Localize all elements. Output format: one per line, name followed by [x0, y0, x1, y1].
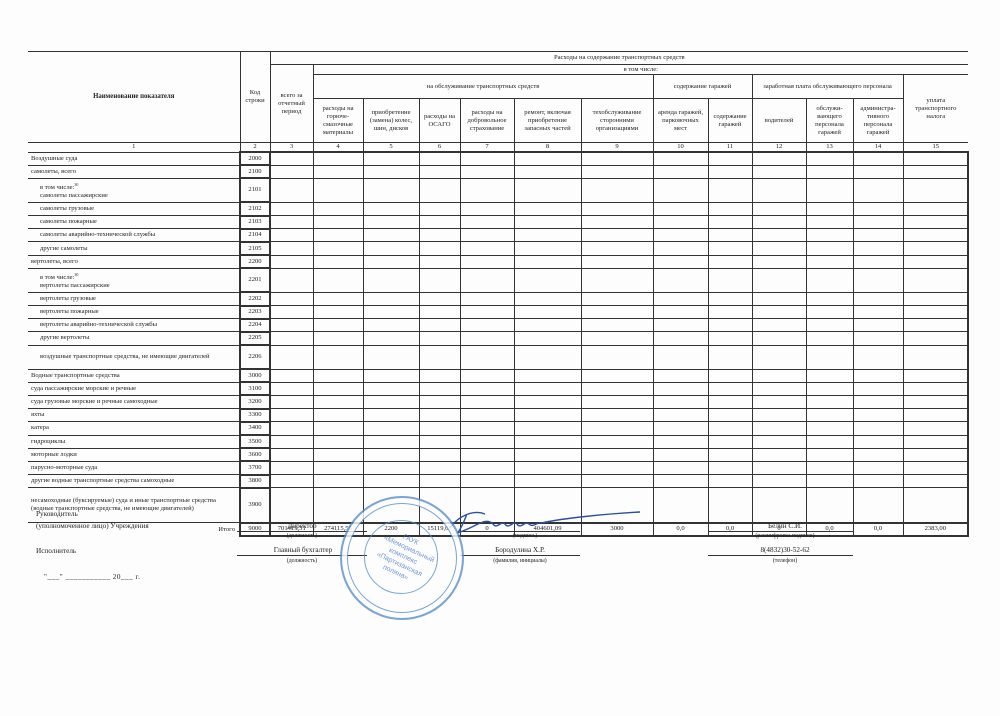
row-label: моторные лодки: [28, 448, 240, 461]
column-numbers-row: 123456789101112131415: [28, 143, 968, 153]
row-code: 2101: [240, 178, 270, 202]
value-cell: [313, 216, 363, 229]
value-cell: [581, 165, 653, 178]
row-label: самолеты, всего: [28, 165, 240, 178]
value-cell: [853, 332, 903, 345]
value-cell: [653, 292, 708, 305]
value-cell: [419, 395, 460, 408]
value-cell: [806, 255, 853, 268]
value-cell: [853, 202, 903, 215]
value-cell: [581, 448, 653, 461]
value-cell: [460, 409, 514, 422]
head-name-caption: (расшифровка подписи): [730, 533, 840, 539]
value-cell: [853, 382, 903, 395]
value-cell: [460, 229, 514, 242]
value-cell: [806, 461, 853, 474]
row-label-text: самолеты грузовые: [40, 205, 94, 212]
value-cell: [313, 409, 363, 422]
value-cell: [853, 319, 903, 332]
value-cell: [853, 306, 903, 319]
value-cell: [313, 152, 363, 165]
value-cell: [708, 292, 752, 305]
value-cell: [653, 216, 708, 229]
value-cell: [419, 332, 460, 345]
value-cell: [514, 229, 581, 242]
column-number: 9: [581, 143, 653, 153]
value-cell: [752, 255, 806, 268]
value-cell: [708, 382, 752, 395]
value-cell: [653, 255, 708, 268]
value-cell: [752, 435, 806, 448]
column-number: 2: [240, 143, 270, 153]
value-cell: [806, 216, 853, 229]
value-cell: [313, 255, 363, 268]
value-cell: [270, 461, 313, 474]
value-cell: [853, 448, 903, 461]
head-name: Белин С.И.: [730, 522, 840, 530]
value-cell: [806, 292, 853, 305]
value-cell: [903, 409, 968, 422]
value-cell: [581, 422, 653, 435]
value-cell: [419, 165, 460, 178]
value-cell: [752, 165, 806, 178]
row-code: 3400: [240, 422, 270, 435]
row-code: 3700: [240, 461, 270, 474]
row-label: в том числе:30вертолеты пассажирские: [28, 268, 240, 292]
value-cell: [363, 332, 419, 345]
row-label-text: суда грузовые морские и речные самоходны…: [31, 398, 158, 405]
header-name: Наименование показателя: [28, 52, 240, 143]
value-cell: [460, 178, 514, 202]
table-row: Воздушные суда2000: [28, 152, 968, 165]
table-row: другие водные транспортные средства само…: [28, 475, 968, 488]
value-cell: [419, 202, 460, 215]
row-code: 2201: [240, 268, 270, 292]
value-cell: [313, 332, 363, 345]
value-cell: [514, 475, 581, 488]
value-cell: [806, 475, 853, 488]
value-cell: [752, 332, 806, 345]
row-label: самолеты пожарные: [28, 216, 240, 229]
value-cell: [460, 165, 514, 178]
value-cell: [363, 475, 419, 488]
value-cell: [806, 345, 853, 369]
row-code: 2200: [240, 255, 270, 268]
row-label-text: вертолеты аварийно-технической службы: [40, 321, 157, 328]
value-cell: [460, 152, 514, 165]
value-cell: [419, 435, 460, 448]
header-tax: уплата транспортного налога: [903, 75, 968, 143]
row-label: Водные транспортные средства: [28, 369, 240, 382]
header-garage-group: содержание гаражей: [653, 75, 752, 99]
value-cell: [653, 268, 708, 292]
row-label-text: гидроциклы: [31, 438, 65, 445]
value-cell: [708, 319, 752, 332]
value-cell: [708, 475, 752, 488]
row-label-text: Водные транспортные средства: [31, 372, 120, 379]
executor-name: Бородулина Х.Р.: [470, 546, 570, 554]
value-cell: [460, 319, 514, 332]
row-label-text: самолеты аварийно-технической службы: [40, 231, 155, 238]
value-cell: [419, 242, 460, 255]
value-cell: [903, 306, 968, 319]
value-cell: [853, 409, 903, 422]
value-cell: [903, 345, 968, 369]
value-cell: [460, 202, 514, 215]
value-cell: [270, 435, 313, 448]
value-cell: [903, 178, 968, 202]
value-cell: [853, 292, 903, 305]
header-including: в том числе:: [313, 65, 968, 75]
row-label-text: самолеты пожарные: [40, 218, 97, 225]
row-label-text: Воздушные суда: [31, 155, 77, 162]
value-cell: [514, 369, 581, 382]
value-cell: [419, 292, 460, 305]
header-admin-staff: администра-тивного персонала гаражей: [853, 99, 903, 143]
value-cell: [514, 306, 581, 319]
value-cell: [806, 165, 853, 178]
value-cell: [653, 382, 708, 395]
value-cell: [363, 448, 419, 461]
value-cell: [460, 255, 514, 268]
date-line: "___" ___________ 20___ г.: [44, 573, 140, 581]
executor-name-caption: (фамилия, инициалы): [470, 558, 570, 564]
table-row: катера3400: [28, 422, 968, 435]
executor-phone-caption: (телефон): [730, 558, 840, 564]
header-garage-staff: обслужи-вающего персонала гаражей: [806, 99, 853, 143]
value-cell: [653, 409, 708, 422]
value-cell: [460, 332, 514, 345]
head-position-caption: (должность): [262, 533, 342, 539]
row-label: другие водные транспортные средства само…: [28, 475, 240, 488]
row-label: вертолеты, всего: [28, 255, 240, 268]
value-cell: [752, 229, 806, 242]
value-cell: [270, 165, 313, 178]
row-code: 2103: [240, 216, 270, 229]
head-label-sub: (уполномоченное лицо) Учреждения: [36, 522, 149, 530]
value-cell: [363, 229, 419, 242]
row-label: суда грузовые морские и речные самоходны…: [28, 395, 240, 408]
row-code: 3200: [240, 395, 270, 408]
value-cell: [752, 395, 806, 408]
value-cell: [708, 488, 752, 523]
value-cell: [653, 202, 708, 215]
value-cell: [270, 448, 313, 461]
row-prefix: в том числе:: [40, 274, 74, 281]
value-cell: [460, 242, 514, 255]
value-cell: [270, 488, 313, 523]
value-cell: [752, 488, 806, 523]
row-code: 3300: [240, 409, 270, 422]
value-cell: [460, 395, 514, 408]
value-cell: [581, 152, 653, 165]
value-cell: [581, 268, 653, 292]
column-number: 3: [270, 143, 313, 153]
value-cell: [853, 475, 903, 488]
value-cell: [270, 409, 313, 422]
value-cell: [653, 152, 708, 165]
column-number: 15: [903, 143, 968, 153]
value-cell: [903, 202, 968, 215]
value-cell: [708, 202, 752, 215]
value-cell: [806, 369, 853, 382]
value-cell: [806, 319, 853, 332]
header-fuel: расходы на горюче-смазочные материалы: [313, 99, 363, 143]
value-cell: [853, 395, 903, 408]
value-cell: [363, 395, 419, 408]
value-cell: [853, 255, 903, 268]
value-cell: [460, 292, 514, 305]
value-cell: [313, 268, 363, 292]
value-cell: [514, 216, 581, 229]
value-cell: [853, 435, 903, 448]
table-row: самолеты аварийно-технической службы2104: [28, 229, 968, 242]
value-cell: [313, 382, 363, 395]
value-cell: [419, 306, 460, 319]
value-cell: [270, 382, 313, 395]
value-cell: [419, 345, 460, 369]
header-garage-rent: аренда гаражей, парковочных мест: [653, 99, 708, 143]
value-cell: [903, 292, 968, 305]
value-cell: [363, 422, 419, 435]
value-cell: [270, 242, 313, 255]
value-cell: [270, 345, 313, 369]
value-cell: [419, 178, 460, 202]
value-cell: [363, 202, 419, 215]
value-cell: [708, 229, 752, 242]
value-cell: [708, 165, 752, 178]
value-cell: [514, 292, 581, 305]
value-cell: [581, 395, 653, 408]
table-row: суда грузовые морские и речные самоходны…: [28, 395, 968, 408]
value-cell: [752, 242, 806, 255]
value-cell: [460, 345, 514, 369]
value-cell: [708, 242, 752, 255]
column-number: 1: [28, 143, 240, 153]
value-cell: [806, 395, 853, 408]
value-cell: [313, 178, 363, 202]
row-code: 3600: [240, 448, 270, 461]
value-cell: [653, 488, 708, 523]
executor-name-line: [460, 555, 580, 556]
row-code: 2204: [240, 319, 270, 332]
value-cell: [853, 461, 903, 474]
table-row: Водные транспортные средства3000: [28, 369, 968, 382]
value-cell: [363, 319, 419, 332]
header-code: Код строки: [240, 52, 270, 143]
value-cell: [313, 202, 363, 215]
value-cell: [313, 319, 363, 332]
value-cell: [653, 475, 708, 488]
value-cell: [313, 369, 363, 382]
column-number: 10: [653, 143, 708, 153]
value-cell: [806, 435, 853, 448]
footnote-marker: 30: [74, 272, 78, 277]
value-cell: [903, 319, 968, 332]
value-cell: [752, 152, 806, 165]
value-cell: [460, 448, 514, 461]
value-cell: [581, 255, 653, 268]
value-cell: [514, 255, 581, 268]
value-cell: [270, 422, 313, 435]
row-code: 3800: [240, 475, 270, 488]
header-total: всего за отчетный период: [270, 65, 313, 143]
value-cell: [460, 216, 514, 229]
value-cell: [752, 448, 806, 461]
row-label: катера: [28, 422, 240, 435]
value-cell: [313, 345, 363, 369]
row-label-text: катера: [31, 424, 49, 431]
row-label-text: вертолеты, всего: [31, 258, 78, 265]
row-code: 2104: [240, 229, 270, 242]
row-label: самолеты аварийно-технической службы: [28, 229, 240, 242]
value-cell: [903, 461, 968, 474]
value-cell: [514, 395, 581, 408]
header-voluntary: расходы на добровольное страхование: [460, 99, 514, 143]
value-cell: [853, 422, 903, 435]
row-code: 2102: [240, 202, 270, 215]
row-label: яхты: [28, 409, 240, 422]
value-cell: [653, 332, 708, 345]
value-cell: [708, 345, 752, 369]
value-cell: [581, 292, 653, 305]
value-cell: [708, 461, 752, 474]
value-cell: [363, 306, 419, 319]
row-label-text: вертолеты грузовые: [40, 295, 96, 302]
value-cell: [270, 319, 313, 332]
row-label-text: парусно-моторные суда: [31, 464, 97, 471]
value-cell: [581, 435, 653, 448]
report-page: Наименование показателя Код строки Расхо…: [0, 0, 1000, 716]
value-cell: [419, 422, 460, 435]
row-code: 3100: [240, 382, 270, 395]
value-cell: [752, 382, 806, 395]
table-row: парусно-моторные суда3700: [28, 461, 968, 474]
value-cell: [653, 435, 708, 448]
value-cell: [581, 229, 653, 242]
value-cell: [903, 488, 968, 523]
value-cell: [752, 292, 806, 305]
value-cell: [270, 229, 313, 242]
value-cell: [363, 292, 419, 305]
value-cell: [419, 382, 460, 395]
value-cell: [581, 461, 653, 474]
footnote-marker: 30: [74, 182, 78, 187]
table-row: самолеты грузовые2102: [28, 202, 968, 215]
value-cell: [313, 292, 363, 305]
value-cell: [514, 382, 581, 395]
value-cell: [708, 369, 752, 382]
row-label-text: другие вертолеты: [40, 334, 89, 341]
value-cell: [581, 306, 653, 319]
header-service-group: на обслуживание транспортных средств: [313, 75, 653, 99]
executor-label: Исполнитель: [36, 547, 76, 555]
row-label: воздушные транспортные средства, не имею…: [28, 345, 240, 369]
column-number: 5: [363, 143, 419, 153]
value-cell: [708, 152, 752, 165]
value-cell: [903, 242, 968, 255]
header-expenses-group: Расходы на содержание транспортных средс…: [270, 52, 968, 65]
row-code: 2000: [240, 152, 270, 165]
value-cell: [419, 369, 460, 382]
value-cell: [708, 178, 752, 202]
table-row: яхты3300: [28, 409, 968, 422]
column-number: 7: [460, 143, 514, 153]
value-cell: [853, 152, 903, 165]
table-row: вертолеты аварийно-технической службы220…: [28, 319, 968, 332]
value-cell: [514, 409, 581, 422]
value-cell: [806, 152, 853, 165]
table-row: в том числе:30самолеты пассажирские2101: [28, 178, 968, 202]
row-label-text: суда пассажирские морские и речные: [31, 385, 136, 392]
value-cell: [853, 165, 903, 178]
value-cell: [313, 475, 363, 488]
value-cell: [752, 475, 806, 488]
value-cell: [903, 229, 968, 242]
value-cell: [708, 409, 752, 422]
row-label: Воздушные суда: [28, 152, 240, 165]
value-cell: [270, 332, 313, 345]
value-cell: [270, 369, 313, 382]
value-cell: [752, 306, 806, 319]
value-cell: [270, 395, 313, 408]
value-cell: [313, 435, 363, 448]
value-cell: [514, 165, 581, 178]
value-cell: [653, 461, 708, 474]
value-cell: [270, 178, 313, 202]
value-cell: [653, 448, 708, 461]
row-label: вертолеты аварийно-технической службы: [28, 319, 240, 332]
value-cell: [514, 152, 581, 165]
value-cell: [903, 165, 968, 178]
row-code: 2205: [240, 332, 270, 345]
value-cell: [806, 202, 853, 215]
row-code: 3500: [240, 435, 270, 448]
value-cell: [853, 488, 903, 523]
value-cell: [708, 268, 752, 292]
value-cell: [363, 435, 419, 448]
value-cell: [653, 165, 708, 178]
value-cell: [313, 306, 363, 319]
value-cell: [514, 242, 581, 255]
row-label-text: моторные лодки: [31, 451, 77, 458]
value-cell: [363, 178, 419, 202]
value-cell: [419, 255, 460, 268]
value-cell: [460, 461, 514, 474]
value-cell: [708, 435, 752, 448]
value-cell: [419, 319, 460, 332]
value-cell: [363, 165, 419, 178]
value-cell: [514, 332, 581, 345]
value-cell: [581, 345, 653, 369]
official-stamp: ГАУК «Мемориальный комплекс «Партизанска…: [340, 496, 464, 620]
value-cell: [514, 202, 581, 215]
row-code: 3000: [240, 369, 270, 382]
row-label-text: другие самолеты: [40, 245, 88, 252]
header-salary-group: заработная плата обслуживающего персонал…: [752, 75, 903, 99]
value-cell: [514, 319, 581, 332]
value-cell: [419, 268, 460, 292]
row-label-text: другие водные транспортные средства само…: [31, 477, 174, 484]
header-drivers: водителей: [752, 99, 806, 143]
value-cell: [363, 369, 419, 382]
table-row: гидроциклы3500: [28, 435, 968, 448]
table-row: другие самолеты2105: [28, 242, 968, 255]
value-cell: [460, 268, 514, 292]
value-cell: [653, 178, 708, 202]
value-cell: [752, 461, 806, 474]
row-label-text: вертолеты пожарные: [40, 308, 99, 315]
